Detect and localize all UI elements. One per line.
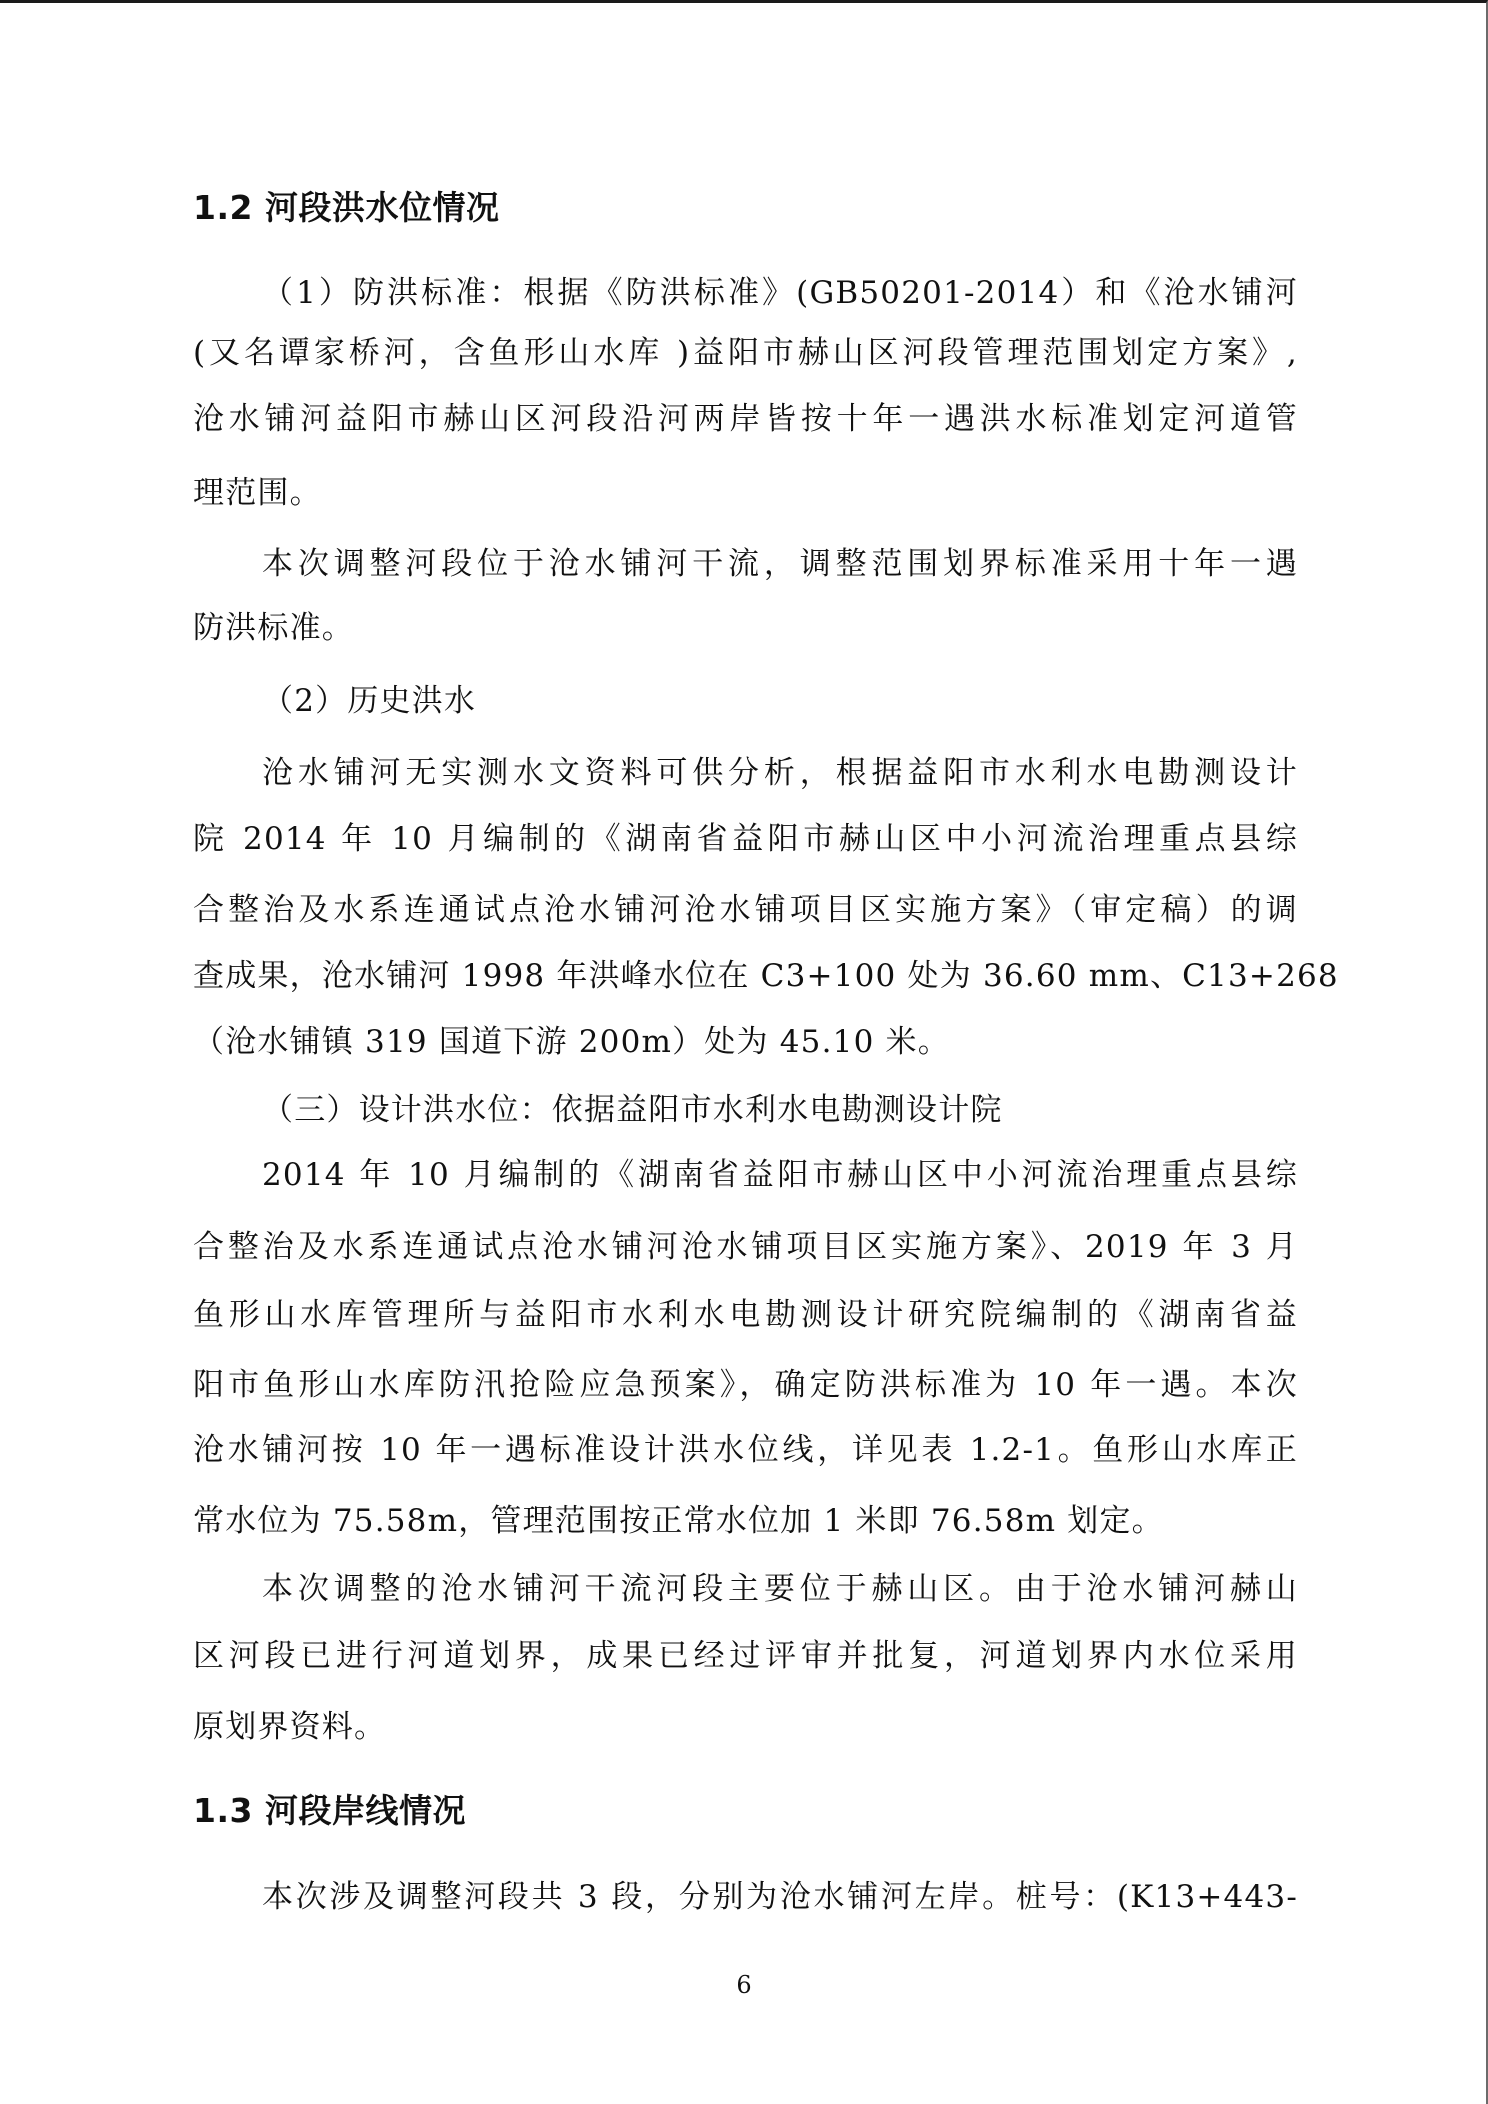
subsection-heading-historical-flood: （2）历史洪水 xyxy=(262,681,1298,721)
document-page: 1.2 河段洪水位情况 （1）防洪标准：根据《防洪标准》(GB50201-201… xyxy=(0,0,1488,2104)
paragraph-line: 沧水铺河无实测水文资料可供分析，根据益阳市水利水电勘测设计 xyxy=(262,753,1298,793)
paragraph-line: 合整治及水系连通试点沧水铺河沧水铺项目区实施方案》（审定稿）的调 xyxy=(193,890,1298,930)
paragraph-line: 沧水铺河按 10 年一遇标准设计洪水位线，详见表 1.2-1。鱼形山水库正 xyxy=(193,1430,1298,1470)
paragraph-line: 鱼形山水库管理所与益阳市水利水电勘测设计研究院编制的《湖南省益 xyxy=(193,1295,1298,1335)
paragraph-line: （1）防洪标准：根据《防洪标准》(GB50201-2014）和《沧水铺河 xyxy=(262,273,1298,313)
paragraph-line: 院 2014 年 10 月编制的《湖南省益阳市赫山区中小河流治理重点县综 xyxy=(193,819,1298,859)
paragraph-line: (又名谭家桥河，含鱼形山水库 )益阳市赫山区河段管理范围划定方案》, xyxy=(193,333,1298,373)
paragraph-line: 常水位为 75.58m，管理范围按正常水位加 1 米即 76.58m 划定。 xyxy=(193,1501,1298,1541)
subsection-heading-design-flood-level: （三）设计洪水位：依据益阳市水利水电勘测设计院 xyxy=(262,1090,1298,1130)
paragraph-line: 理范围。 xyxy=(193,473,1298,513)
paragraph-line: 阳市鱼形山水库防汛抢险应急预案》，确定防洪标准为 10 年一遇。本次 xyxy=(193,1365,1298,1405)
section-heading-1-3: 1.3 河段岸线情况 xyxy=(193,1791,1298,1831)
paragraph-line: 本次调整河段位于沧水铺河干流，调整范围划界标准采用十年一遇 xyxy=(262,544,1298,584)
section-heading-1-2: 1.2 河段洪水位情况 xyxy=(193,188,1298,228)
paragraph-line: 本次涉及调整河段共 3 段，分别为沧水铺河左岸。桩号：(K13+443- xyxy=(262,1877,1298,1917)
paragraph-line: （沧水铺镇 319 国道下游 200m）处为 45.10 米。 xyxy=(193,1022,1298,1062)
paragraph-line: 原划界资料。 xyxy=(193,1707,1298,1747)
paragraph-line: 合整治及水系连通试点沧水铺河沧水铺项目区实施方案》、2019 年 3 月 xyxy=(193,1227,1298,1267)
paragraph-line: 沧水铺河益阳市赫山区河段沿河两岸皆按十年一遇洪水标准划定河道管 xyxy=(193,399,1298,439)
paragraph-line: 2014 年 10 月编制的《湖南省益阳市赫山区中小河流治理重点县综 xyxy=(262,1155,1298,1195)
paragraph-line: 防洪标准。 xyxy=(193,608,1298,648)
page-number: 6 xyxy=(0,1971,1488,1999)
paragraph-line: 本次调整的沧水铺河干流河段主要位于赫山区。由于沧水铺河赫山 xyxy=(262,1569,1298,1609)
paragraph-line: 区河段已进行河道划界，成果已经过评审并批复，河道划界内水位采用 xyxy=(193,1636,1298,1676)
paragraph-line: 查成果，沧水铺河 1998 年洪峰水位在 C3+100 处为 36.60 mm、… xyxy=(193,956,1298,996)
